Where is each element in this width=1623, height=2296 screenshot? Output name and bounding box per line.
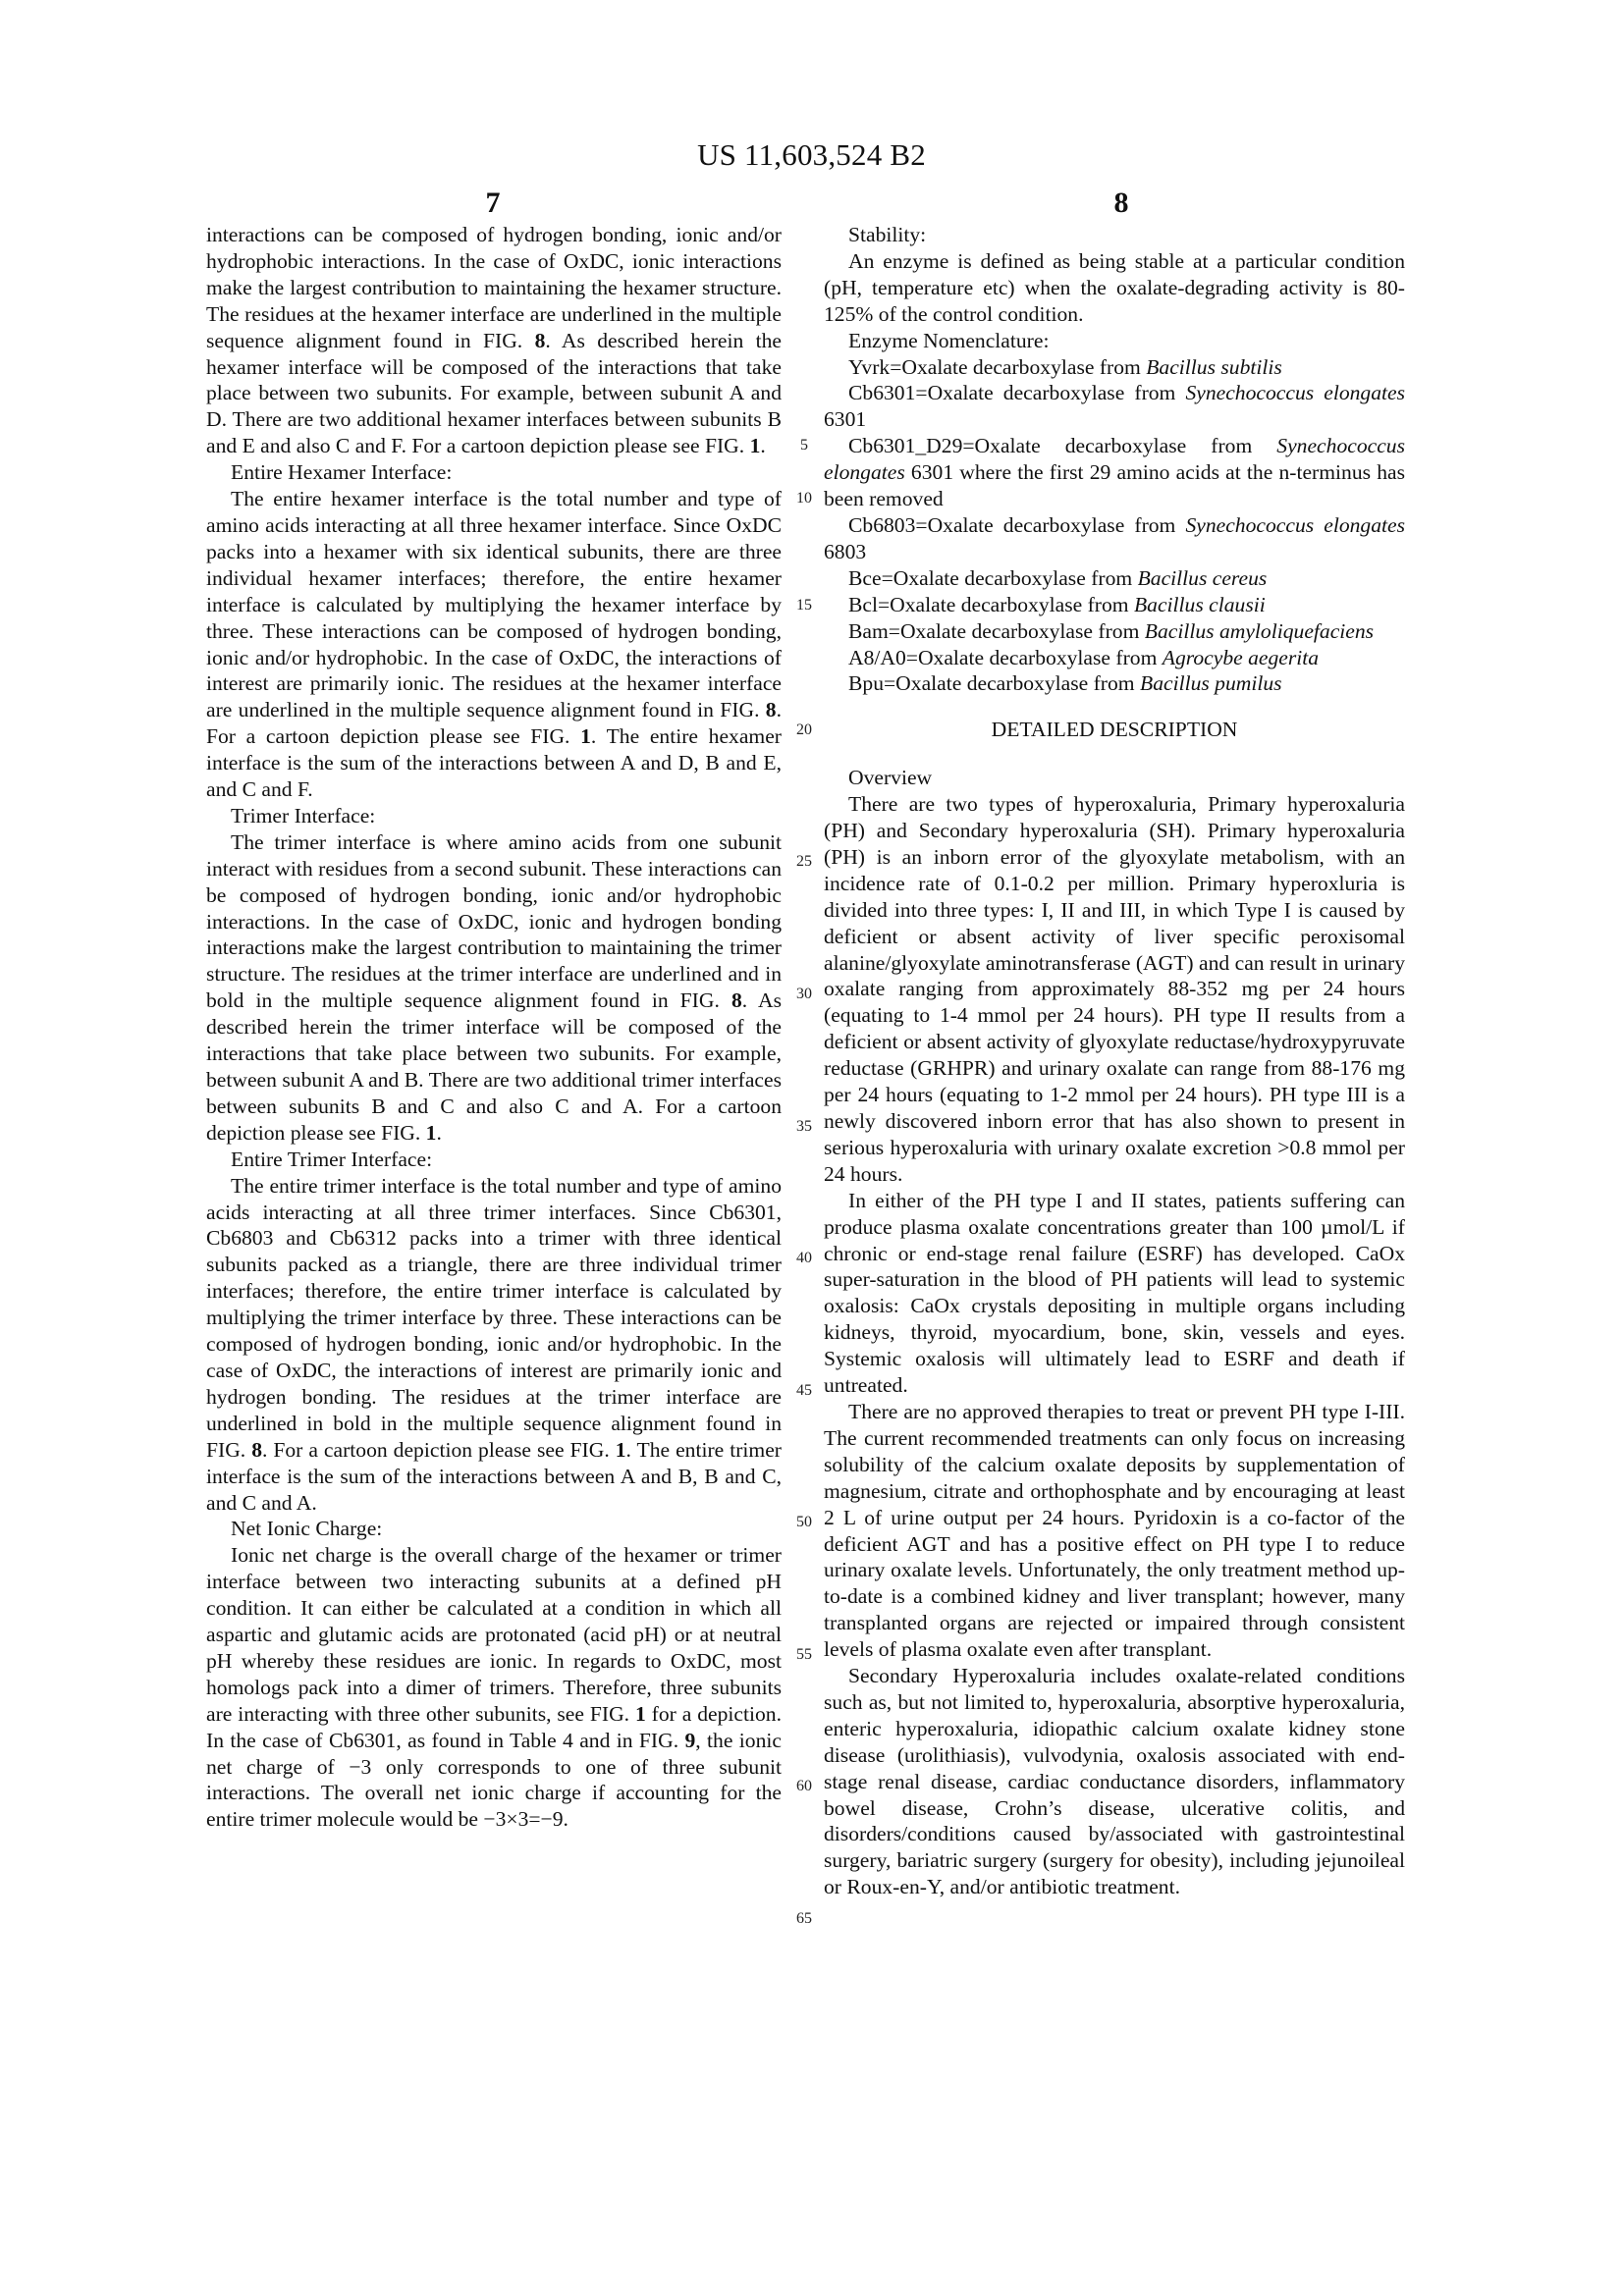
enzyme-entry: Bpu=Oxalate decarboxylase from Bacillus … [824,670,1405,697]
organism-name: Bacillus amyloliquefaciens [1145,619,1374,643]
figure-ref: 8 [731,988,742,1012]
enzyme-entry: Cb6301_D29=Oxalate decarboxylase from Sy… [824,433,1405,512]
heading-entire-trimer-interface: Entire Trimer Interface: [206,1147,782,1173]
heading-stability: Stability: [824,222,1405,248]
organism-name: Bacillus pumilus [1140,671,1282,695]
column-number-left: 7 [454,187,532,220]
organism-name: Bacillus cereus [1138,566,1268,590]
paragraph-hexamer-interface: interactions can be composed of hydrogen… [206,222,782,459]
paragraph-stability: An enzyme is defined as being stable at … [824,248,1405,328]
line-number: 15 [791,597,817,614]
line-number: 5 [791,437,817,454]
heading-enzyme-nomenclature: Enzyme Nomenclature: [824,328,1405,354]
figure-ref: 9 [684,1729,695,1752]
figure-ref: 1 [750,434,761,457]
paragraph-therapies: There are no approved therapies to treat… [824,1399,1405,1663]
organism-name: Bacillus subtilis [1146,355,1282,379]
enzyme-entry: Bce=Oxalate decarboxylase from Bacillus … [824,565,1405,592]
column-number-right: 8 [1082,187,1161,220]
paragraph-ph-states: In either of the PH type I and II states… [824,1188,1405,1399]
paragraph-entire-hexamer: The entire hexamer interface is the tota… [206,486,782,803]
organism-name: Bacillus clausii [1134,593,1266,616]
paragraph-overview: There are two types of hyperoxaluria, Pr… [824,791,1405,1188]
organism-name: Agrocybe aegerita [1163,646,1319,669]
figure-ref: 1 [635,1702,646,1726]
line-number: 65 [791,1910,817,1928]
left-column: interactions can be composed of hydrogen… [206,222,782,1833]
heading-trimer-interface: Trimer Interface: [206,803,782,829]
line-number: 20 [791,721,817,739]
figure-ref: 8 [766,698,777,721]
heading-net-ionic-charge: Net Ionic Charge: [206,1516,782,1542]
figure-ref: 8 [535,329,546,352]
line-number: 30 [791,986,817,1003]
figure-ref: 1 [426,1121,437,1145]
line-number: 40 [791,1250,817,1267]
organism-name: Synechococcus elongates [1185,513,1405,537]
patent-number: US 11,603,524 B2 [0,137,1623,173]
paragraph-secondary-hyperoxaluria: Secondary Hyperoxaluria includes oxalate… [824,1663,1405,1900]
right-column: Stability: An enzyme is defined as being… [824,222,1405,1900]
enzyme-entry: Cb6803=Oxalate decarboxylase from Synech… [824,512,1405,565]
line-number: 45 [791,1382,817,1400]
section-title-detailed-description: DETAILED DESCRIPTION [824,717,1405,743]
heading-entire-hexamer-interface: Entire Hexamer Interface: [206,459,782,486]
line-number: 60 [791,1778,817,1795]
paragraph-trimer-interface: The trimer interface is where amino acid… [206,829,782,1147]
enzyme-entry: Bcl=Oxalate decarboxylase from Bacillus … [824,592,1405,618]
paragraph-entire-trimer: The entire trimer interface is the total… [206,1173,782,1517]
figure-ref: 1 [616,1438,626,1462]
heading-overview: Overview [824,765,1405,791]
enzyme-nomenclature-list: Yvrk=Oxalate decarboxylase from Bacillus… [824,354,1405,698]
line-number: 55 [791,1646,817,1664]
line-number: 10 [791,490,817,507]
enzyme-entry: A8/A0=Oxalate decarboxylase from Agrocyb… [824,645,1405,671]
organism-name: Synechococcus elongates [1185,381,1405,404]
line-number: 35 [791,1118,817,1136]
figure-ref: 8 [251,1438,262,1462]
figure-ref: 1 [580,724,591,748]
enzyme-entry: Yvrk=Oxalate decarboxylase from Bacillus… [824,354,1405,381]
enzyme-entry: Cb6301=Oxalate decarboxylase from Synech… [824,380,1405,433]
line-number: 50 [791,1514,817,1531]
line-number: 25 [791,853,817,871]
enzyme-entry: Bam=Oxalate decarboxylase from Bacillus … [824,618,1405,645]
paragraph-net-ionic-charge: Ionic net charge is the overall charge o… [206,1542,782,1833]
